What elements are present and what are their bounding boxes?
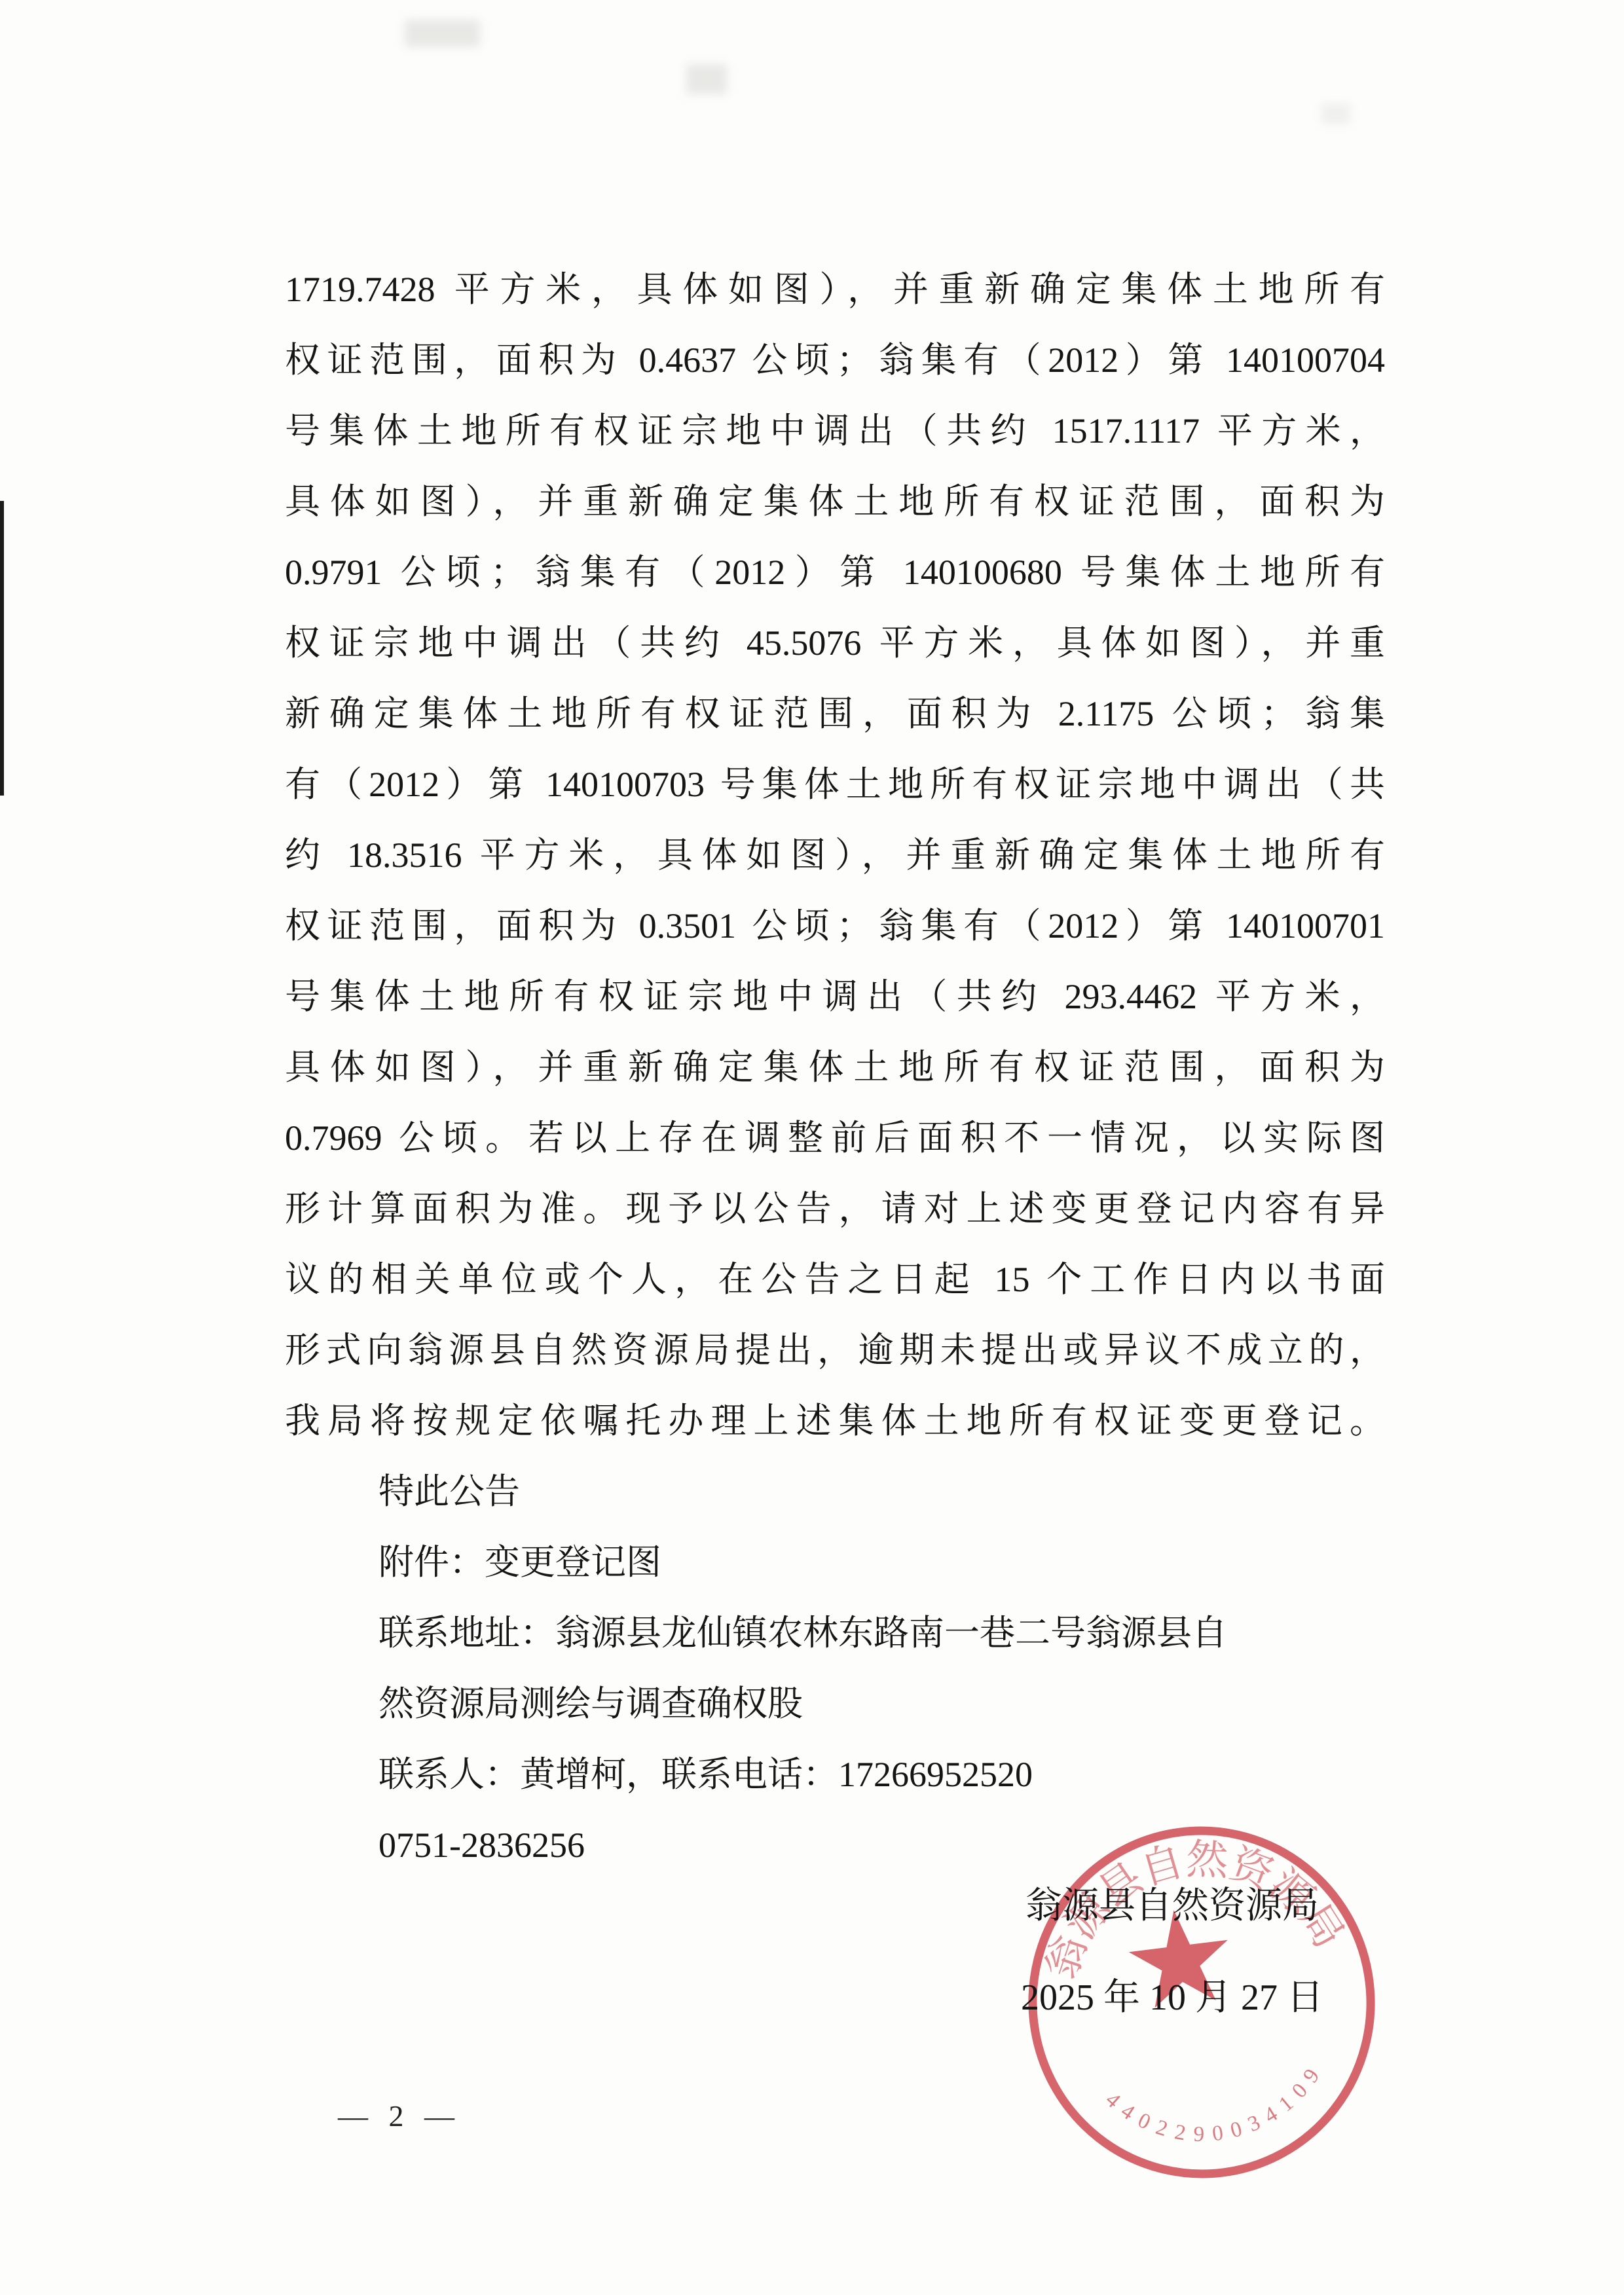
signature-date: 2025 年 10 月 27 日 — [969, 1968, 1375, 2027]
body-line: 我局将按规定依嘱托办理上述集体土地所有权证变更登记。 — [285, 1386, 1385, 1456]
body-line: 权证宗地中调出（共约 45.5076 平方米，具体如图），并重 — [285, 608, 1385, 678]
signature-org: 翁源县自然资源局 — [969, 1877, 1375, 1936]
body-line: 新确定集体土地所有权证范围，面积为 2.1175 公顷；翁集 — [285, 678, 1385, 749]
body-line: 0.7969 公顷。若以上存在调整前后面积不一情况，以实际图 — [285, 1103, 1385, 1173]
contact-phone-line: 0751-2836256 — [285, 1810, 1385, 1881]
scan-smudge-artifact — [405, 20, 480, 47]
scan-smudge-artifact — [686, 64, 727, 94]
body-line: 号集体土地所有权证宗地中调出（共约 293.4462 平方米， — [285, 961, 1385, 1032]
body-line: 权证范围，面积为 0.3501 公顷；翁集有（2012）第 140100701 — [285, 890, 1385, 961]
scanned-document-page: 1719.7428 平方米，具体如图），并重新确定集体土地所有 权证范围，面积为… — [0, 0, 1624, 2295]
contact-address-line: 联系地址：翁源县龙仙镇农林东路南一巷二号翁源县自 — [285, 1598, 1385, 1668]
page-number: — 2 — — [308, 2090, 491, 2142]
contact-address-line: 然资源局测绘与调查确权股 — [285, 1668, 1385, 1739]
scan-edge-artifact — [0, 501, 4, 796]
contact-person-line: 联系人：黄增柯，联系电话：17266952520 — [285, 1739, 1385, 1810]
body-line: 具体如图），并重新确定集体土地所有权证范围，面积为 — [285, 1032, 1385, 1103]
body-line: 形式向翁源县自然资源局提出，逾期未提出或异议不成立的， — [285, 1315, 1385, 1386]
closing-line: 特此公告 — [285, 1456, 1385, 1527]
body-line: 1719.7428 平方米，具体如图），并重新确定集体土地所有 — [285, 254, 1385, 325]
body-line: 约 18.3516 平方米，具体如图），并重新确定集体土地所有 — [285, 820, 1385, 890]
body-line: 0.9791 公顷；翁集有（2012）第 140100680 号集体土地所有 — [285, 537, 1385, 608]
body-line: 具体如图），并重新确定集体土地所有权证范围，面积为 — [285, 466, 1385, 537]
body-line: 有（2012）第 140100703 号集体土地所有权证宗地中调出（共 — [285, 749, 1385, 820]
closing-line: 附件：变更登记图 — [285, 1527, 1385, 1598]
body-line: 号集体土地所有权证宗地中调出（共约 1517.1117 平方米， — [285, 395, 1385, 466]
body-line: 形计算面积为准。现予以公告，请对上述变更登记内容有异 — [285, 1173, 1385, 1244]
body-line: 权证范围，面积为 0.4637 公顷；翁集有（2012）第 140100704 — [285, 325, 1385, 395]
scan-smudge-artifact — [1321, 103, 1350, 124]
announcement-body: 1719.7428 平方米，具体如图），并重新确定集体土地所有 权证范围，面积为… — [285, 254, 1385, 1881]
body-line: 议的相关单位或个人，在公告之日起 15 个工作日内以书面 — [285, 1244, 1385, 1315]
